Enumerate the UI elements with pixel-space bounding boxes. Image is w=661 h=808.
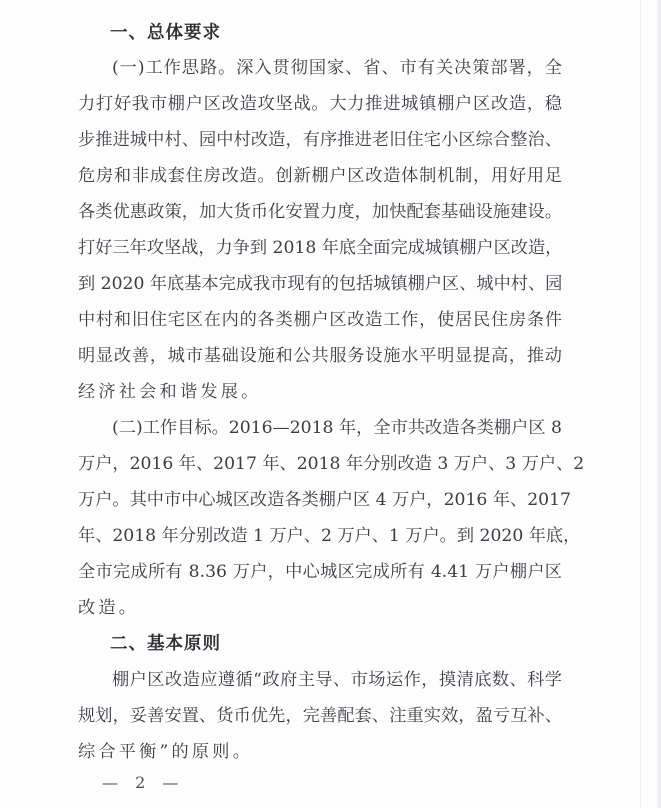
paragraph-line: (二)工作目标。2016—2018 年，全市共改造各类棚户区 8: [112, 416, 562, 440]
page-edge: [657, 0, 661, 808]
paragraph-line: 全市完成所有 8.36 万户，中心城区完成所有 4.41 万户棚户区: [78, 560, 562, 584]
section-heading-basic-principles: 二、基本原则: [110, 632, 221, 656]
paragraph-line: 中村和旧住宅区在内的各类棚户区改造工作，使居民住房条件: [78, 308, 562, 332]
paragraph-line: 力打好我市棚户区改造攻坚战。大力推进城镇棚户区改造，稳: [78, 92, 562, 116]
paragraph-line: 棚户区改造应遵循“政府主导、市场运作，摸清底数、科学: [112, 668, 562, 692]
scan-fold-line: [640, 0, 641, 808]
paragraph-line: (一)工作思路。深入贯彻国家、省、市有关决策部署，全: [112, 56, 562, 80]
page-number: — 2 —: [102, 772, 184, 794]
paragraph-line: 综合平衡”的原则。: [78, 740, 562, 764]
paragraph-line: 到 2020 年底基本完成我市现有的包括城镇棚户区、城中村、园: [78, 272, 562, 296]
paragraph-line: 危房和非成套住房改造。创新棚户区改造体制机制，用好用足: [78, 164, 562, 188]
paragraph-line: 万户。其中市中心城区改造各类棚户区 4 万户，2016 年、2017: [78, 488, 562, 512]
paragraph-line: 明显改善，城市基础设施和公共服务设施水平明显提高，推动: [78, 344, 562, 368]
paragraph-line: 经济社会和谐发展。: [78, 380, 562, 404]
paragraph-line: 各类优惠政策，加大货币化安置力度，加快配套基础设施建设。: [78, 200, 562, 224]
section-heading-general-requirements: 一、总体要求: [110, 21, 221, 45]
paragraph-line: 改造。: [78, 596, 562, 620]
paragraph-line: 年、2018 年分别改造 1 万户、2 万户、1 万户。到 2020 年底，: [78, 524, 562, 548]
paragraph-line: 规划，妥善安置、货币优先，完善配套、注重实效，盈亏互补、: [78, 704, 562, 728]
paragraph-line: 步推进城中村、园中村改造，有序推进老旧住宅小区综合整治、: [78, 128, 562, 152]
paragraph-line: 万户，2016 年、2017 年、2018 年分别改造 3 万户、3 万户、2: [78, 452, 562, 476]
paragraph-line: 打好三年攻坚战，力争到 2018 年底全面完成城镇棚户区改造，: [78, 236, 562, 260]
